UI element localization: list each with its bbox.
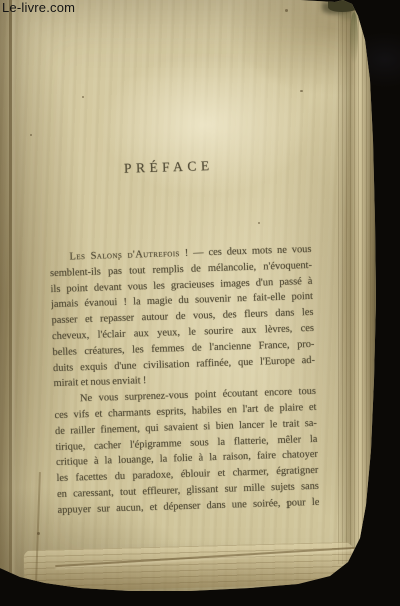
spine-crease-line bbox=[9, 0, 12, 575]
page-title: PRÉFACE bbox=[47, 154, 309, 180]
preface-text: Les Salons d'Autrefois ! — ces deux mots… bbox=[49, 242, 319, 519]
book-page-paper: PRÉFACE Les Salons d'Autrefois ! — ces d… bbox=[0, 0, 400, 606]
edge-discoloration bbox=[350, 12, 358, 64]
torn-corner-debris bbox=[328, 0, 362, 12]
book-photo: PRÉFACE Les Salons d'Autrefois ! — ces d… bbox=[0, 0, 400, 606]
lead-small-caps: Les Salons d'Autrefois bbox=[69, 248, 180, 262]
paper-stain bbox=[37, 532, 40, 535]
printed-page-content: PRÉFACE Les Salons d'Autrefois ! — ces d… bbox=[46, 146, 319, 519]
paper-stain bbox=[285, 9, 288, 12]
paper-stain bbox=[300, 90, 303, 92]
spine-shadow bbox=[0, 0, 26, 585]
paper-stain bbox=[30, 134, 32, 136]
signature-number: 1 bbox=[285, 500, 290, 511]
watermark-text: Le-livre.com bbox=[2, 0, 75, 15]
lead-rest: ! — ces deux mots ne vous bbox=[180, 244, 312, 259]
paper-stain bbox=[82, 96, 84, 98]
fore-edge-page-stack bbox=[338, 4, 378, 564]
